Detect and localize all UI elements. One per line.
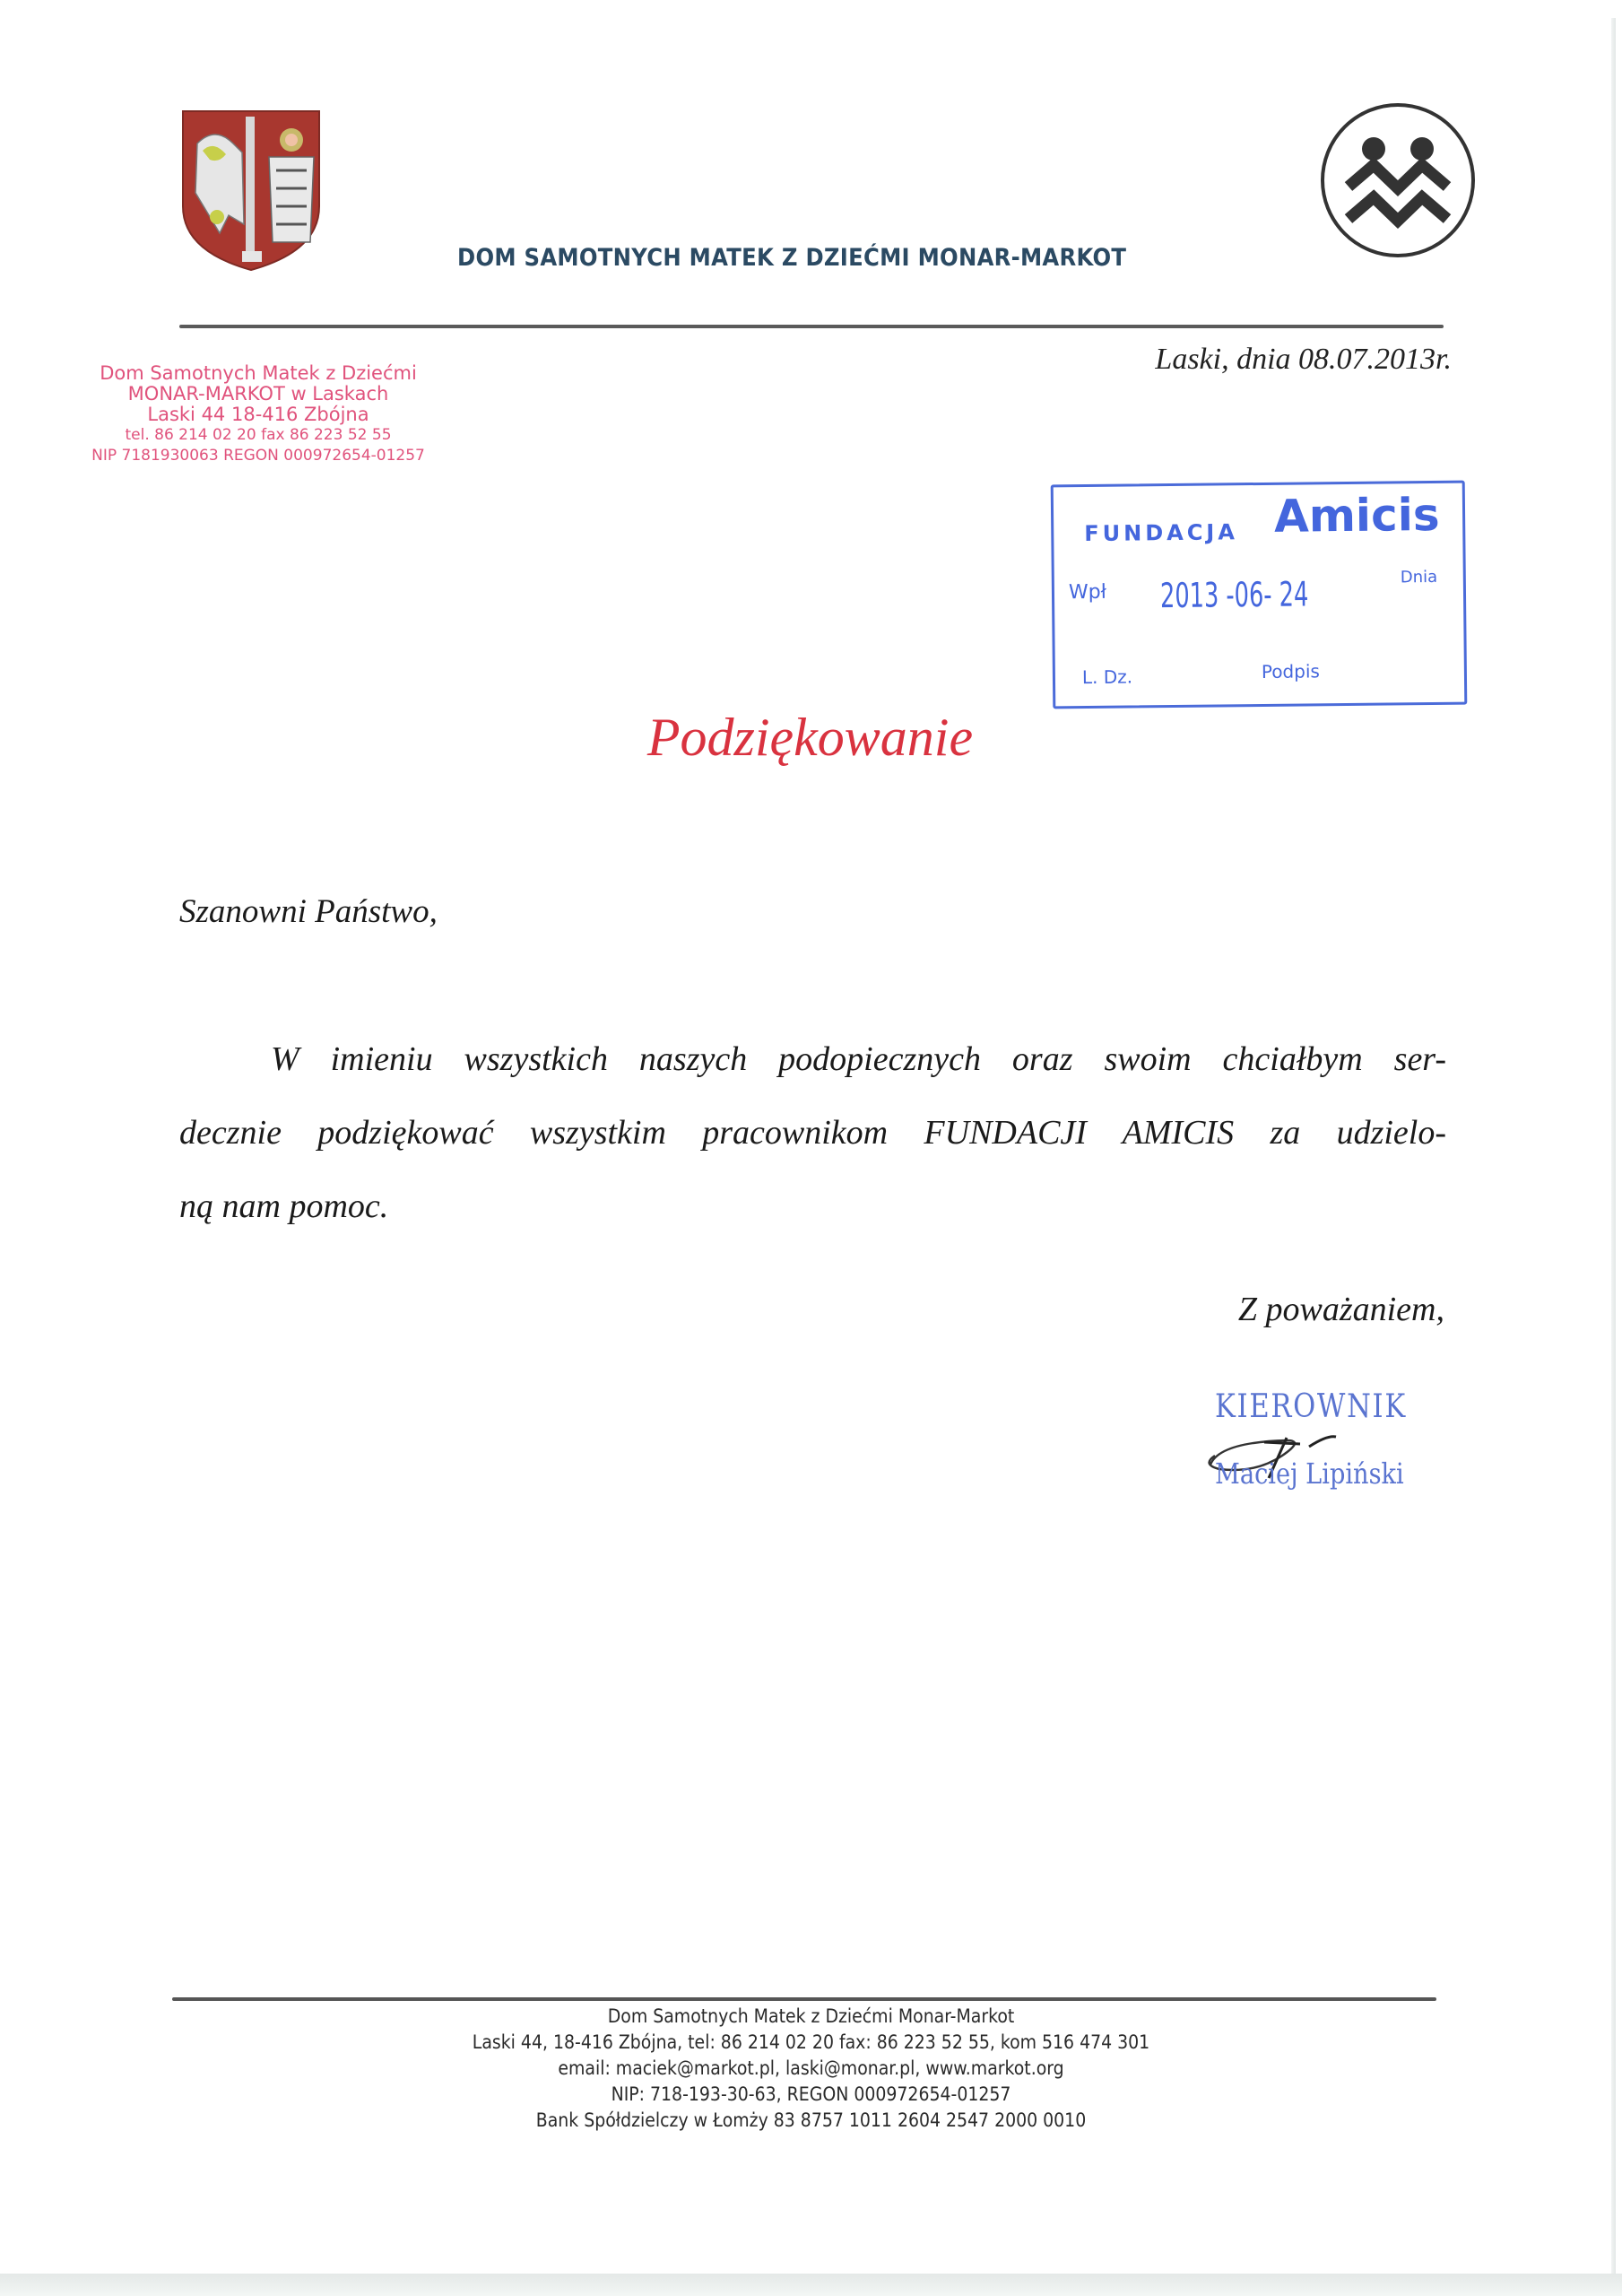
- stamp-date: 2013 -06- 24: [1160, 574, 1309, 615]
- stamp-org-prefix: FUNDACJA: [1084, 519, 1238, 546]
- letter-title-text: Podziękowanie: [647, 708, 973, 767]
- footer-line: email: maciek@markot.pl, laski@monar.pl,…: [0, 2056, 1622, 2082]
- footer-divider: [172, 1997, 1436, 2001]
- header-divider: [179, 325, 1444, 328]
- organization-name: DOM SAMOTNYCH MATEK Z DZIEĆMI MONAR-MARK…: [457, 244, 1126, 272]
- stamp-wpl-label: Wpł: [1069, 581, 1106, 604]
- sender-stamp-line: MONAR-MARKOT w Laskach: [79, 384, 438, 404]
- page-edge: [1611, 18, 1616, 2278]
- body-line: W imieniu wszystkich naszych podopieczny…: [179, 1022, 1446, 1096]
- sender-stamp-line: tel. 86 214 02 20 fax 86 223 52 55: [79, 425, 438, 446]
- sender-stamp-line: Dom Samotnych Matek z Dziećmi: [79, 363, 438, 384]
- stamp-org-name: Amicis: [1274, 489, 1440, 543]
- page-edge-bottom: [0, 2274, 1622, 2296]
- salutation: Szanowni Państwo,: [179, 892, 438, 931]
- letter-date: Laski, dnia 08.07.2013r.: [1155, 343, 1452, 377]
- sender-stamp: Dom Samotnych Matek z Dziećmi MONAR-MARK…: [79, 363, 438, 466]
- letter-body: W imieniu wszystkich naszych podopieczny…: [179, 1022, 1446, 1243]
- footer-line: Dom Samotnych Matek z Dziećmi Monar-Mark…: [0, 2004, 1622, 2030]
- letter-title: Podziękowanie: [0, 707, 1622, 769]
- signature-name: Maciej Lipiński: [1215, 1457, 1404, 1491]
- footer-line: Bank Spółdzielczy w Łomży 83 8757 1011 2…: [0, 2108, 1622, 2134]
- closing: Z poważaniem,: [1238, 1290, 1444, 1329]
- signature-stamp: KIEROWNIK Maciej Lipiński: [1201, 1388, 1453, 1505]
- body-line: ną nam pomoc.: [179, 1170, 1446, 1243]
- footer: Dom Samotnych Matek z Dziećmi Monar-Mark…: [0, 2004, 1622, 2134]
- received-stamp: FUNDACJA Amicis Wpł 2013 -06- 24 Dnia L.…: [1051, 481, 1468, 709]
- stamp-podpis-label: Podpis: [1262, 660, 1320, 683]
- sender-stamp-line: NIP 7181930063 REGON 000972654-01257: [79, 446, 438, 466]
- footer-line: Laski 44, 18-416 Zbójna, tel: 86 214 02 …: [0, 2030, 1622, 2056]
- stamp-ldz-label: L. Dz.: [1082, 665, 1132, 688]
- monar-logo-icon: [1318, 100, 1478, 260]
- body-line: decznie podziękować wszystkim pracowniko…: [179, 1096, 1446, 1170]
- footer-line: NIP: 718-193-30-63, REGON 000972654-0125…: [0, 2082, 1622, 2108]
- signature-title: KIEROWNIK: [1215, 1388, 1407, 1425]
- stamp-dnia-label: Dnia: [1401, 568, 1438, 587]
- sender-stamp-line: Laski 44 18-416 Zbójna: [79, 404, 438, 425]
- coat-of-arms-icon: [179, 108, 323, 274]
